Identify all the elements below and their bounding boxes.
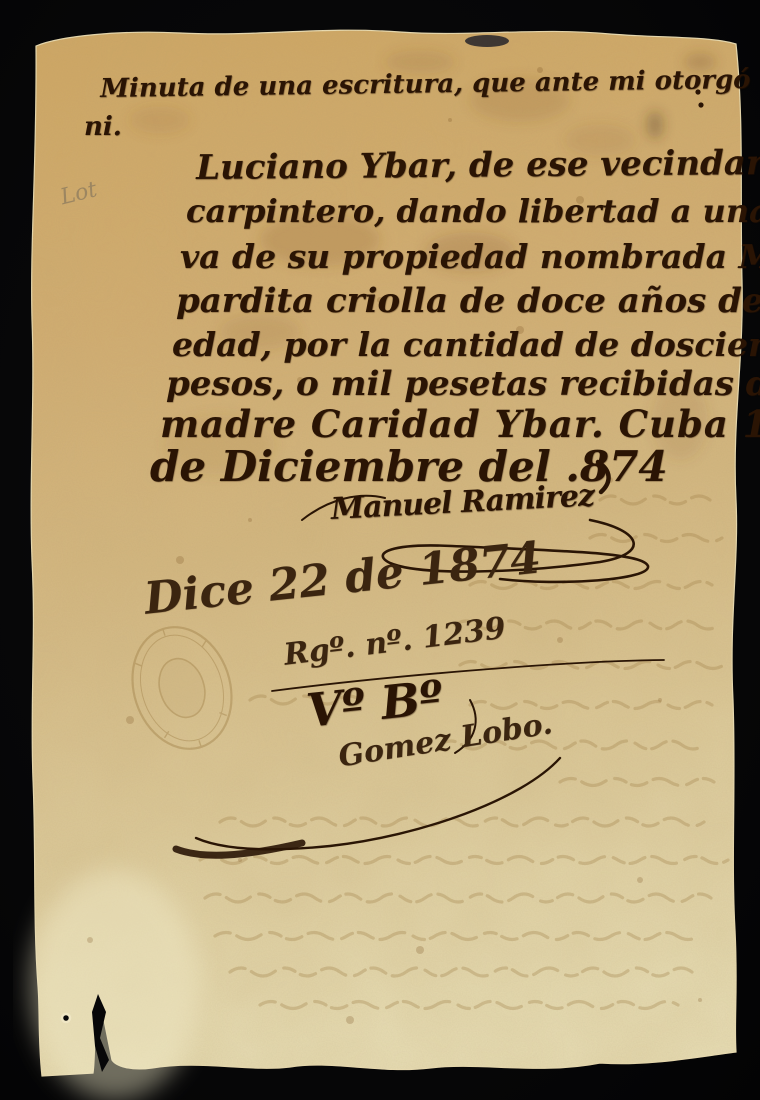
manuscript-line: pardita criolla de doce años de — [176, 281, 760, 321]
foxing-spot — [637, 877, 643, 883]
foxing-spot — [698, 998, 702, 1002]
manuscript-line: pesos, o mil pesetas recibidas de su — [166, 364, 760, 404]
line-end-dot — [698, 102, 703, 107]
manuscript-line: va de su propiedad nombrada Maria, — [180, 237, 760, 276]
worm-hole — [62, 1014, 70, 1022]
photograph-of-manuscript: Lot Minuta de una escritura, que ante mi… — [0, 0, 760, 1100]
foxing-spot — [87, 937, 93, 943]
foxing-spot — [176, 556, 184, 564]
foxing-spot — [346, 1016, 354, 1024]
manuscript-line: edad, por la cantidad de doscientos — [172, 325, 760, 364]
foxing-spot — [448, 118, 452, 122]
dark-debris-top-edge — [465, 35, 509, 47]
foxing-spot — [416, 946, 424, 954]
manuscript-line: carpintero, dando libertad a una escla- — [186, 192, 760, 230]
foxing-spot — [248, 518, 252, 522]
manuscript-line: madre Caridad Ybar. Cuba 17 — [160, 402, 760, 446]
light-worn-corner — [30, 870, 200, 1100]
manuscript-line: Luciano Ybar, de ese vecindario, — [196, 143, 760, 188]
manuscript-line: ni. — [84, 112, 122, 142]
foxing-spot — [126, 716, 134, 724]
foxing-spot — [557, 637, 563, 643]
